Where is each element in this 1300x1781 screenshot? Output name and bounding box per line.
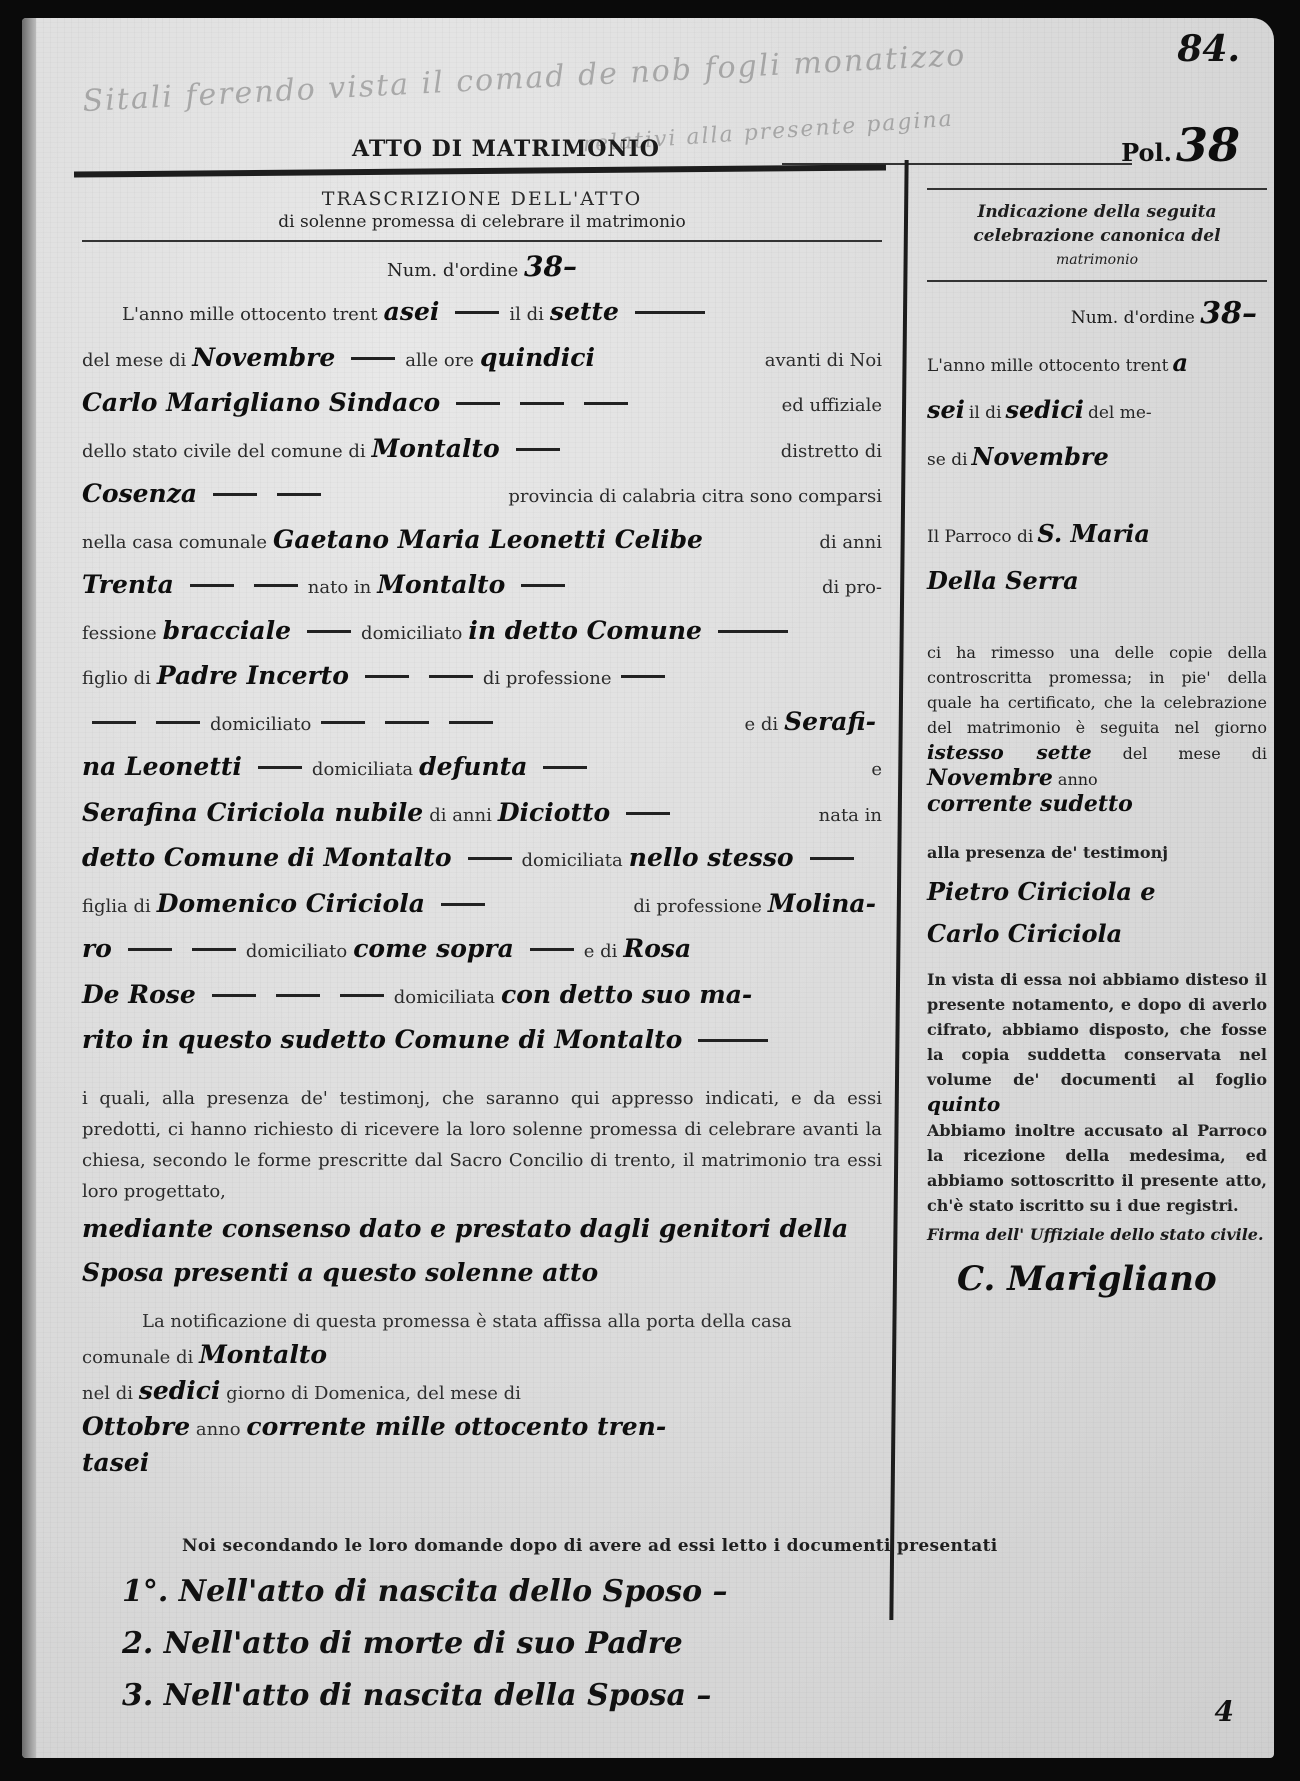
transcription-column: TRASCRIZIONE DELL'ATTO di solenne promes… — [82, 188, 882, 1482]
right-top-rule — [927, 188, 1267, 190]
form-line: figlio diPadre Incertodi professione — [82, 661, 882, 707]
notification-paragraph: La notificazione di questa promessa è st… — [82, 1305, 882, 1482]
document-item: 1°. Nell'atto di nascita dello Sposo – — [122, 1566, 728, 1618]
officer-signature: C. Marigliano — [957, 1259, 1267, 1299]
column-divider — [889, 160, 908, 1620]
bleed-through-text-2: relativi alla presente pagina — [582, 93, 1142, 157]
witness-2: Carlo Ciriciola — [927, 913, 1267, 955]
form-line: Cosenzaprovincia di calabria citra sono … — [82, 479, 882, 525]
register-page: Sitali ferendo vista il comad de nob fog… — [22, 18, 1274, 1758]
printed-paragraph: i quali, alla presenza de' testimonj, ch… — [82, 1083, 882, 1207]
form-line: L'anno mille ottocento trentaseiil diset… — [82, 297, 882, 343]
canonical-celebration-column: Indicazione della seguita celebrazione c… — [927, 188, 1267, 1299]
notation-paragraph: In vista di essa noi abbiamo disteso il … — [927, 967, 1267, 1118]
subtitle-rule — [82, 240, 882, 242]
binding-spine — [22, 18, 36, 1758]
transcription-title: TRASCRIZIONE DELL'ATTO — [82, 188, 882, 210]
num-ordine-label: Num. d'ordine — [387, 260, 518, 281]
form-line: rodomiciliatocome soprae diRosa — [82, 934, 882, 980]
page-title: ATTO DI MATRIMONIO — [352, 136, 660, 162]
transcription-subtitle: di solenne promessa di celebrare il matr… — [82, 212, 882, 232]
pol-value: 38 — [1176, 118, 1240, 172]
bleed-through-text: Sitali ferendo vista il comad de nob fog… — [82, 32, 1082, 119]
header-rule-left — [74, 164, 886, 177]
form-line: Trentanato inMontaltodi pro- — [82, 570, 882, 616]
form-line: fessionebraccialedomiciliatoin detto Com… — [82, 616, 882, 662]
form-line: figlia diDomenico Ciricioladi profession… — [82, 889, 882, 935]
right-title: Indicazione della seguita celebrazione c… — [927, 200, 1267, 272]
form-line: domiciliatoe diSerafi- — [82, 707, 882, 753]
certification-paragraph: ci ha rimesso una delle copie della cont… — [927, 640, 1267, 818]
documents-list: 1°. Nell'atto di nascita dello Sposo – 2… — [122, 1566, 728, 1722]
form-line: dello stato civile del comune diMontalto… — [82, 434, 882, 480]
form-lines: L'anno mille ottocento trentaseiil diset… — [82, 297, 882, 1071]
documents-intro: Noi secondando le loro domande dopo di a… — [182, 1536, 998, 1556]
witnesses-label: alla presenza de' testimonj — [927, 840, 1267, 865]
right-title-rule — [927, 280, 1267, 282]
form-line: nella casa comunaleGaetano Maria Leonett… — [82, 525, 882, 571]
handwritten-continuation: mediante consenso dato e prestato dagli … — [82, 1207, 882, 1295]
num-ordine: Num. d'ordine 38– — [82, 250, 882, 283]
document-item: 3. Nell'atto di nascita della Sposa – — [122, 1670, 728, 1722]
form-line: rito in questo sudetto Comune di Montalt… — [82, 1025, 882, 1071]
right-date-lines: L'anno mille ottocento trenta seiil dise… — [927, 341, 1267, 606]
corner-mark: 4 — [1215, 1695, 1234, 1728]
document-item: 2. Nell'atto di morte di suo Padre — [122, 1618, 728, 1670]
right-num-ordine: Num. d'ordine 38– — [927, 296, 1267, 331]
form-line: Carlo Marigliano Sindacoed uffiziale — [82, 388, 882, 434]
form-line: del mese diNovembrealle orequindiciavant… — [82, 343, 882, 389]
signature-label: Firma dell' Uffiziale dello stato civile… — [927, 1222, 1267, 1247]
witness-1: Pietro Ciriciola e — [927, 871, 1267, 913]
form-line: Serafina Ciriciola nubiledi anniDiciotto… — [82, 798, 882, 844]
form-line: na Leonettidomiciliatadefuntae — [82, 752, 882, 798]
num-ordine-value: 38– — [524, 250, 577, 283]
folio-number: 84. — [1177, 28, 1240, 70]
form-line: detto Comune di Montaltodomiciliatanello… — [82, 843, 882, 889]
form-line: De Rosedomiciliatacon detto suo ma- — [82, 980, 882, 1026]
receipt-paragraph: Abbiamo inoltre accusato al Parroco la r… — [927, 1118, 1267, 1218]
pol-number: Pol.38 — [1121, 118, 1240, 172]
